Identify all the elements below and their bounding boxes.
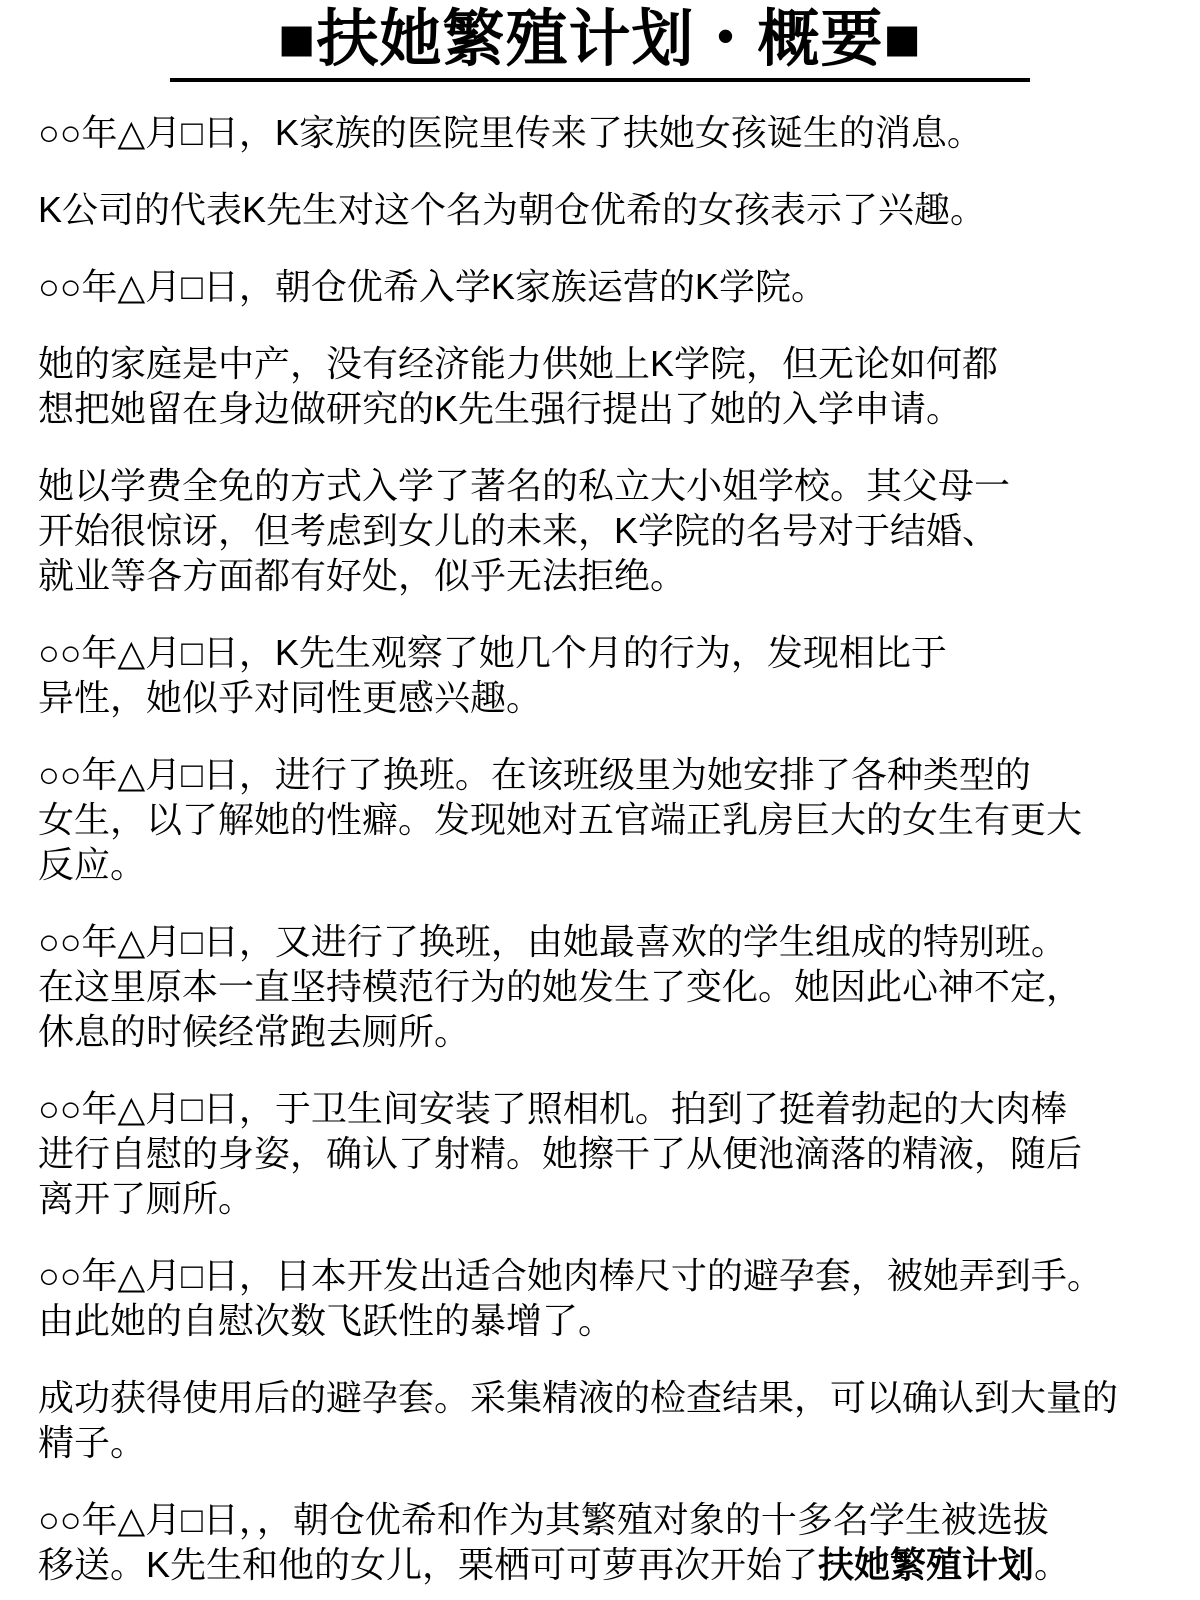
- paragraph-tuition-free: 她以学费全免的方式入学了著名的私立大小姐学校。其父母一 开始很惊讶，但考虑到女儿…: [38, 463, 1162, 598]
- title-underline: [170, 78, 1030, 82]
- paragraph-observation: ○○年△月□日，K先生观察了她几个月的行为，发现相比于 异性，她似乎对同性更感兴…: [38, 630, 1162, 720]
- final-paragraph-text-after: 。: [1034, 1544, 1070, 1585]
- paragraph-school-enrollment: ○○年△月□日，朝仓优希入学K家族运营的K学院。: [38, 264, 1162, 309]
- paragraph-birth-announcement: ○○年△月□日，K家族的医院里传来了扶她女孩诞生的消息。: [38, 110, 1162, 155]
- paragraph-final: ○○年△月□日，，朝仓优希和作为其繁殖对象的十多名学生被选拔 移送。K先生和他的…: [38, 1497, 1162, 1587]
- paragraph-company-interest: K公司的代表K先生对这个名为朝仓优希的女孩表示了兴趣。: [38, 187, 1162, 232]
- paragraph-camera: ○○年△月□日，于卫生间安装了照相机。拍到了挺着勃起的大肉棒 进行自慰的身姿，确…: [38, 1086, 1162, 1221]
- paragraph-condom: ○○年△月□日，日本开发出适合她肉棒尺寸的避孕套，被她弄到手。 由此她的自慰次数…: [38, 1253, 1162, 1343]
- final-paragraph-bold-phrase: 扶她繁殖计划: [818, 1544, 1034, 1585]
- paragraph-class-change-2: ○○年△月□日，又进行了换班，由她最喜欢的学生组成的特别班。 在这里原本一直坚持…: [38, 919, 1162, 1054]
- document-body: ○○年△月□日，K家族的医院里传来了扶她女孩诞生的消息。 K公司的代表K先生对这…: [38, 110, 1162, 1587]
- paragraph-class-change-1: ○○年△月□日，进行了换班。在该班级里为她安排了各种类型的 女生，以了解她的性癖…: [38, 752, 1162, 887]
- page-title: ■扶她繁殖计划・概要■: [38, 6, 1162, 74]
- document-page: ■扶她繁殖计划・概要■ ○○年△月□日，K家族的医院里传来了扶她女孩诞生的消息。…: [0, 0, 1200, 1600]
- paragraph-family-background: 她的家庭是中产，没有经济能力供她上K学院，但无论如何都 想把她留在身边做研究的K…: [38, 341, 1162, 431]
- paragraph-sample-check: 成功获得使用后的避孕套。采集精液的检查结果，可以确认到大量的 精子。: [38, 1375, 1162, 1465]
- page: { "page": { "title": "■扶她繁殖计划・概要■", "bac…: [0, 0, 1200, 1600]
